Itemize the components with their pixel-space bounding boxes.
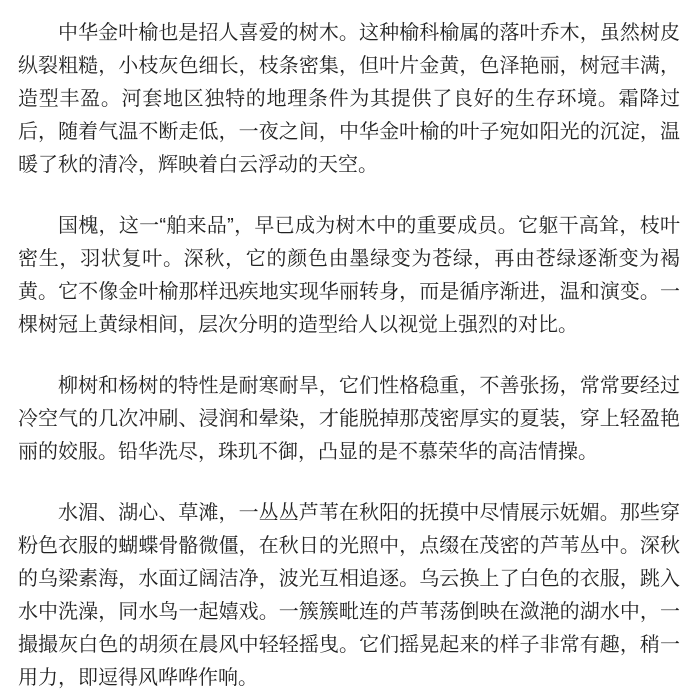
paragraph-reeds-and-lake: 水湄、湖心、草滩，一丛丛芦苇在秋阳的抚摸中尽情展示妩媚。那些穿粉色衣服的蝴蝶骨骼… xyxy=(18,497,680,695)
document-page: 中华金叶榆也是招人喜爱的树木。这种榆科榆属的落叶乔木，虽然树皮纵裂粗糙，小枝灰色… xyxy=(0,0,700,700)
paragraph-willow-and-poplar: 柳树和杨树的特性是耐寒耐旱，它们性格稳重，不善张扬，常常要经过冷空气的几次冲刷、… xyxy=(18,370,680,469)
paragraph-golden-leaf-elm: 中华金叶榆也是招人喜爱的树木。这种榆科榆属的落叶乔木，虽然树皮纵裂粗糙，小枝灰色… xyxy=(18,17,680,182)
paragraph-chinese-scholar-tree: 国槐，这一“舶来品”，早已成为树木中的重要成员。它躯干高耸，枝叶密生，羽状复叶。… xyxy=(18,210,680,342)
